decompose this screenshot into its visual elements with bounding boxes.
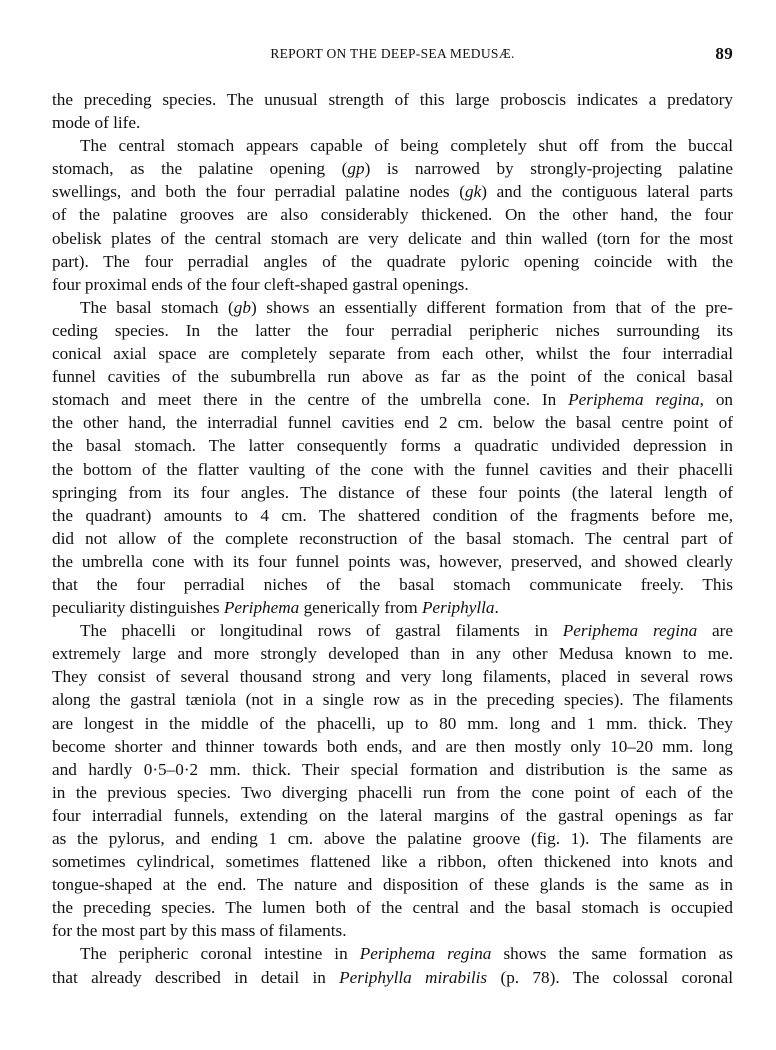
text-line: stomach, as the palatine opening (gp) is… <box>52 157 733 180</box>
text-line: peculiarity distinguishes Periphema gene… <box>52 596 733 619</box>
text-line: They consist of several thousand strong … <box>52 665 733 688</box>
text-line: as the pylorus, and ending 1 cm. above t… <box>52 827 733 850</box>
text-line: the preceding species. The unusual stren… <box>52 88 733 111</box>
text-line: the preceding species. The lumen both of… <box>52 896 733 919</box>
text-line: the other hand, the interradial funnel c… <box>52 411 733 434</box>
body-text: the preceding species. The unusual stren… <box>52 88 733 989</box>
text-line: four proximal ends of the four cleft-sha… <box>52 273 733 296</box>
text-line: and hardly 0·5–0·2 mm. thick. Their spec… <box>52 758 733 781</box>
text-line: part). The four perradial angles of the … <box>52 250 733 273</box>
text-line: become shorter and thinner towards both … <box>52 735 733 758</box>
text-line: conical axial space are completely separ… <box>52 342 733 365</box>
text-line: of the palatine grooves are also conside… <box>52 203 733 226</box>
text-line: sometimes cylindrical, sometimes flatten… <box>52 850 733 873</box>
text-line: The central stomach appears capable of b… <box>52 134 733 157</box>
text-line: did not allow of the complete reconstruc… <box>52 527 733 550</box>
text-line: the basal stomach. The latter consequent… <box>52 434 733 457</box>
text-line: The phacelli or longitudinal rows of gas… <box>52 619 733 642</box>
text-line: four interradial funnels, extending on t… <box>52 804 733 827</box>
text-line: the quadrant) amounts to 4 cm. The shatt… <box>52 504 733 527</box>
text-line: stomach and meet there in the centre of … <box>52 388 733 411</box>
text-line: are longest in the middle of the phacell… <box>52 712 733 735</box>
running-title: REPORT ON THE DEEP-SEA MEDUSÆ. <box>52 46 733 62</box>
text-line: the bottom of the flatter vaulting of th… <box>52 458 733 481</box>
text-line: that the four perradial niches of the ba… <box>52 573 733 596</box>
text-line: mode of life. <box>52 111 733 134</box>
text-line: swellings, and both the four perradial p… <box>52 180 733 203</box>
text-line: the umbrella cone with its four funnel p… <box>52 550 733 573</box>
page-number: 89 <box>715 44 733 64</box>
text-line: for the most part by this mass of filame… <box>52 919 733 942</box>
running-header: REPORT ON THE DEEP-SEA MEDUSÆ. 89 <box>52 44 733 66</box>
text-line: along the gastral tæniola (not in a sing… <box>52 688 733 711</box>
text-line: ceding species. In the latter the four p… <box>52 319 733 342</box>
text-line: The basal stomach (gb) shows an essentia… <box>52 296 733 319</box>
text-line: tongue-shaped at the end. The nature and… <box>52 873 733 896</box>
text-line: extremely large and more strongly develo… <box>52 642 733 665</box>
text-line: that already described in detail in Peri… <box>52 966 733 989</box>
text-line: obelisk plates of the central stomach ar… <box>52 227 733 250</box>
text-line: in the previous species. Two diverging p… <box>52 781 733 804</box>
text-line: The peripheric coronal intestine in Peri… <box>52 942 733 965</box>
text-line: springing from its four angles. The dist… <box>52 481 733 504</box>
text-line: funnel cavities of the subumbrella run a… <box>52 365 733 388</box>
